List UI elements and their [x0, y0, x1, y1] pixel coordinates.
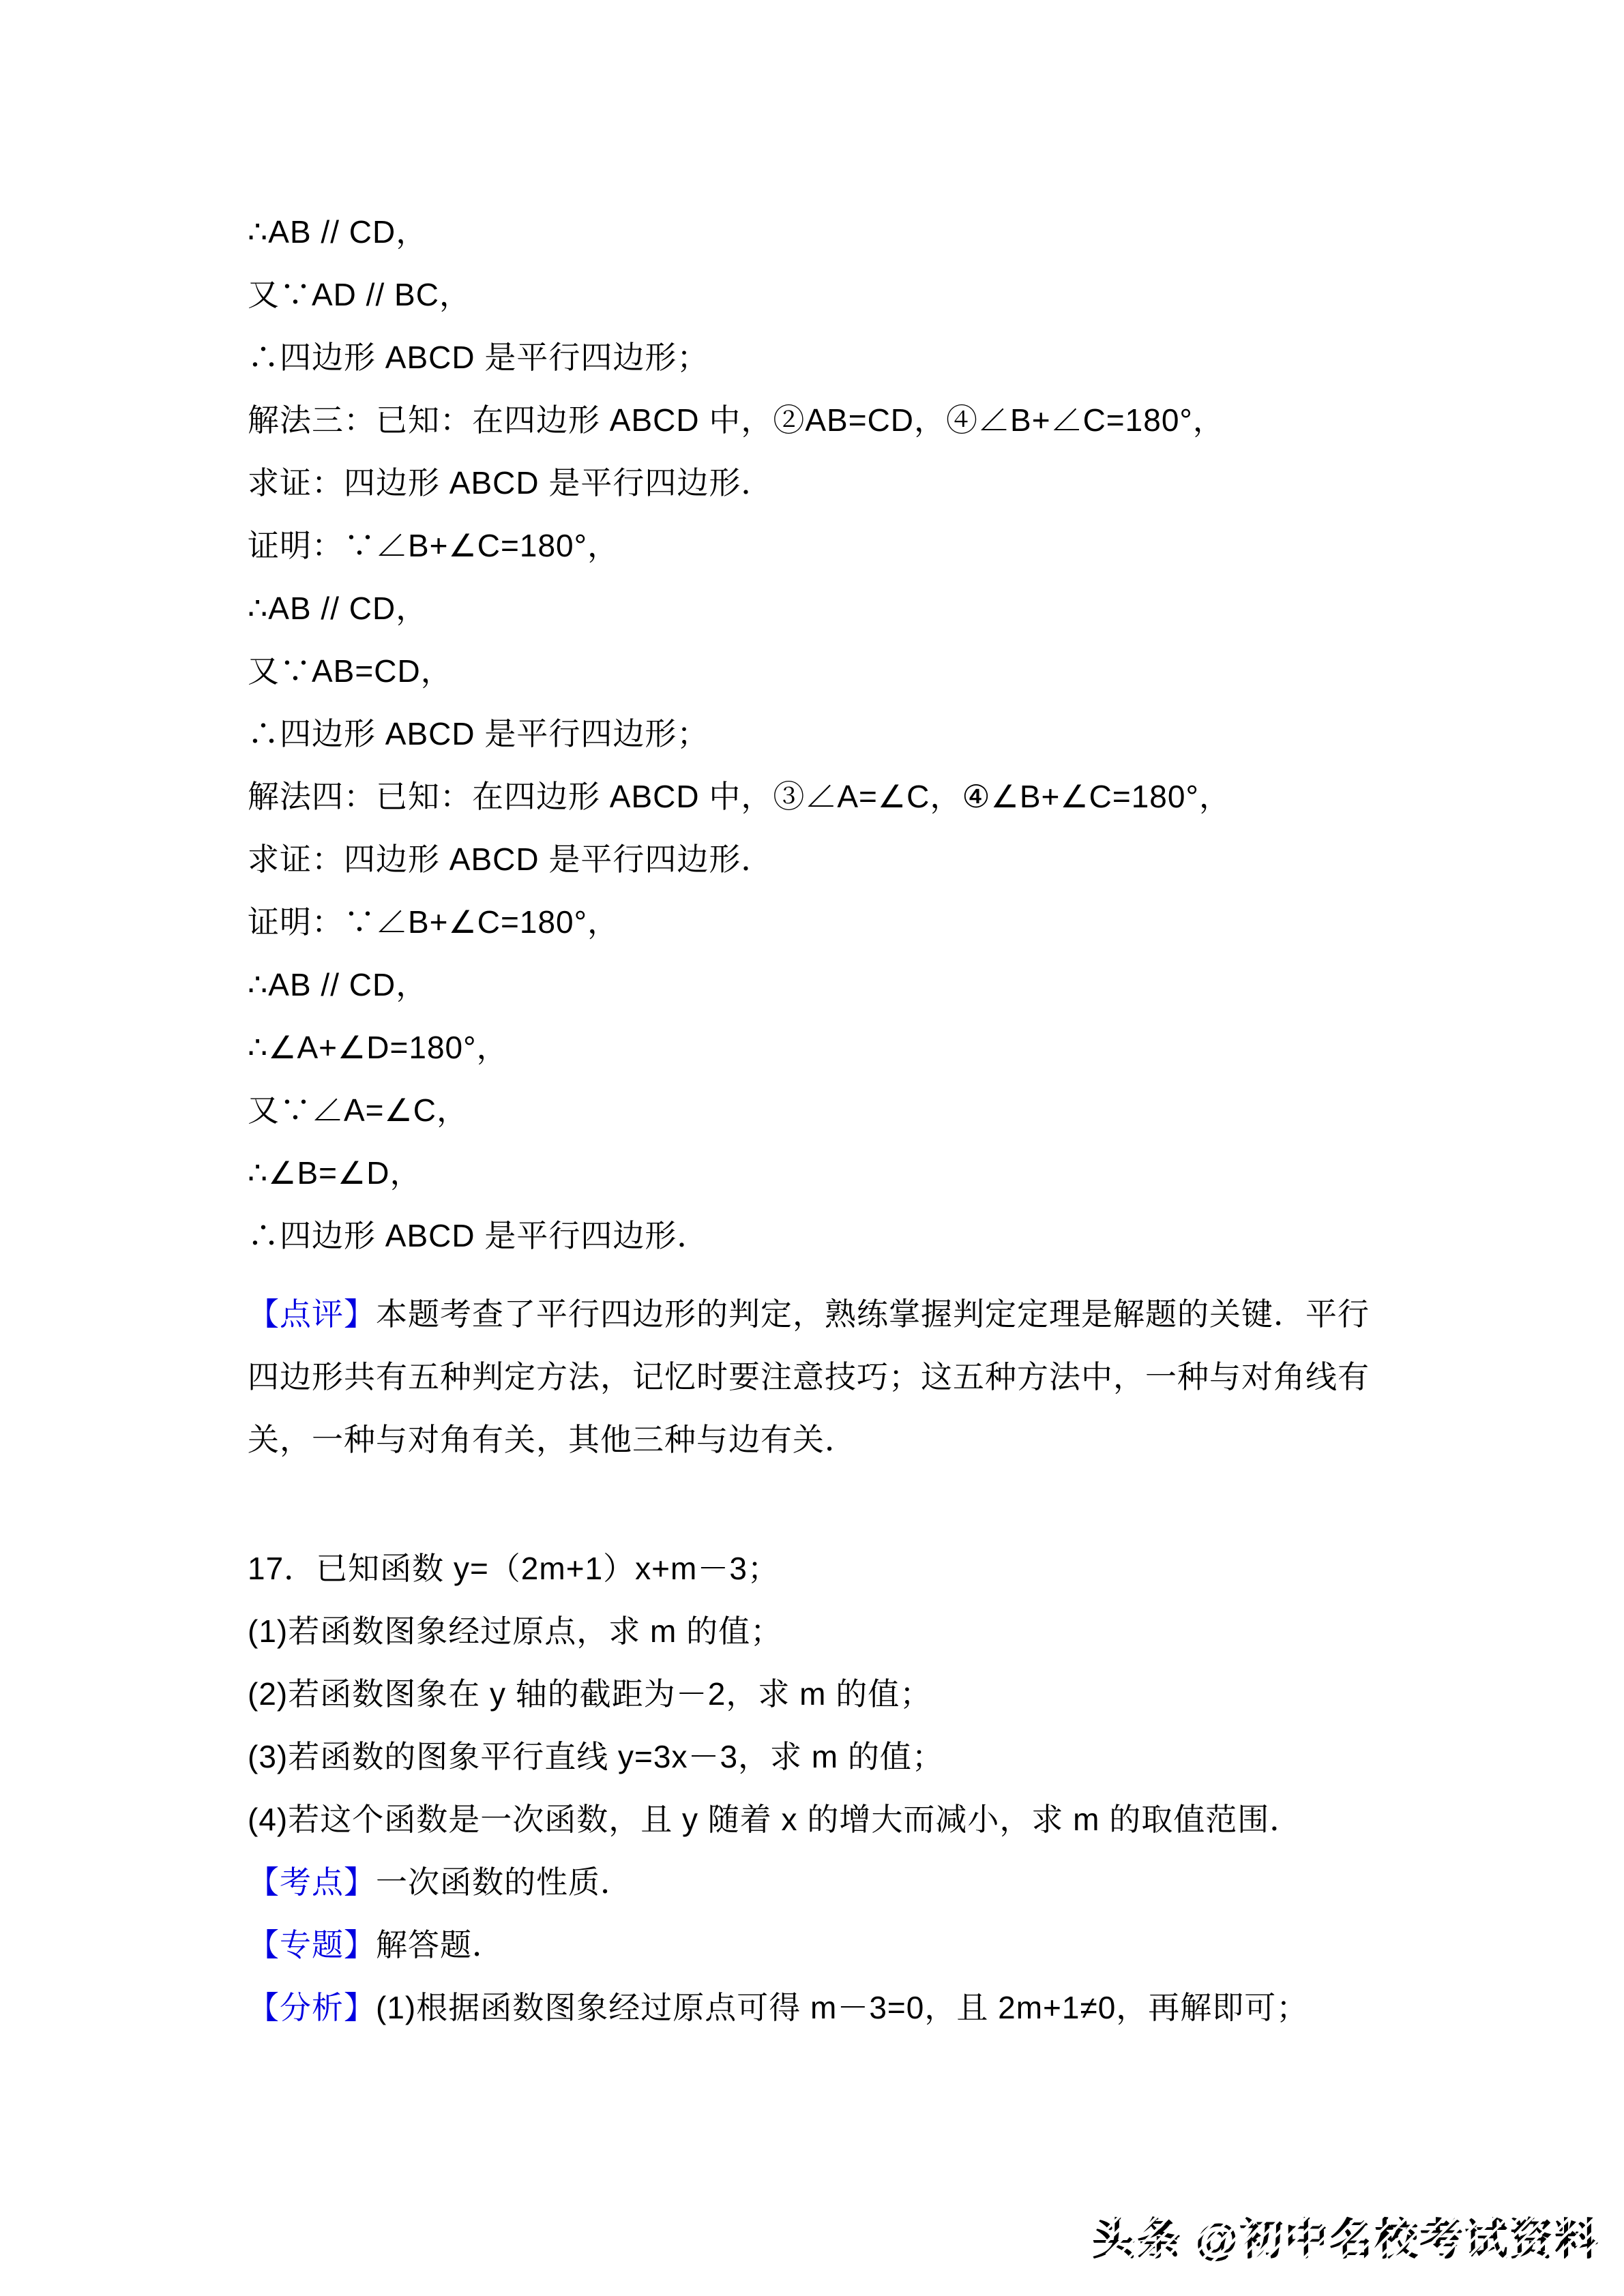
line-text: 求证：四边形 ABCD 是平行四边形． — [248, 841, 773, 877]
line-text: ∴∠A+∠D=180°， — [248, 1030, 509, 1065]
kaodian-label: 【考点】 — [248, 1864, 376, 1900]
line-text: ∴AB // CD， — [248, 591, 428, 626]
line-text: 17．已知函数 y=（2m+1）x+m－3； — [248, 1551, 780, 1586]
doc-line-kaodian: 【考点】一次函数的性质． — [248, 1851, 1448, 1913]
doc-line: 解法四：已知：在四边形 ABCD 中，③∠A=∠C，④∠B+∠C=180°， — [248, 765, 1448, 828]
doc-line: 又∵∠A=∠C， — [248, 1079, 1448, 1142]
doc-line-zhuanti: 【专题】解答题． — [248, 1913, 1448, 1976]
line-text: 解法三：已知：在四边形 ABCD 中，②AB=CD，④∠B+∠C=180°， — [248, 402, 1225, 438]
line-text: 证明：∵∠B+∠C=180°， — [248, 904, 619, 940]
line-text: (3)若函数的图象平行直线 y=3x－3，求 m 的值； — [248, 1739, 944, 1774]
review-label: 【点评】 — [248, 1296, 376, 1332]
line-text: 又∵AB=CD， — [248, 653, 453, 689]
line-text: ∴四边形 ABCD 是平行四边形； — [248, 716, 709, 751]
line-text: 又∵AD // BC， — [248, 277, 471, 312]
toutiao-watermark: 头条 @初中名校考试资料 — [1092, 2205, 1599, 2267]
line-text: 解法四：已知：在四边形 ABCD 中，③∠A=∠C，④∠B+∠C=180°， — [248, 779, 1231, 814]
line-text: ∴四边形 ABCD 是平行四边形． — [248, 1218, 709, 1253]
doc-line: 解法三：已知：在四边形 ABCD 中，②AB=CD，④∠B+∠C=180°， — [248, 389, 1448, 451]
doc-line: 又∵AB=CD， — [248, 640, 1448, 702]
line-text: 又∵∠A=∠C， — [248, 1092, 469, 1128]
document-body: ∴AB // CD， 又∵AD // BC， ∴四边形 ABCD 是平行四边形；… — [248, 200, 1448, 2039]
line-text: 一次函数的性质． — [376, 1864, 632, 1900]
line-text: 关，一种与对角有关，其他三种与边有关． — [248, 1422, 857, 1457]
question-17-part-1: (1)若函数图象经过原点，求 m 的值； — [248, 1600, 1448, 1663]
line-text: 解答题． — [376, 1927, 504, 1963]
question-17-part-2: (2)若函数图象在 y 轴的截距为－2，求 m 的值； — [248, 1663, 1448, 1725]
doc-line: 求证：四边形 ABCD 是平行四边形． — [248, 828, 1448, 891]
doc-line: ∴AB // CD， — [248, 200, 1448, 263]
doc-line: ∴AB // CD， — [248, 577, 1448, 640]
doc-line: ∴AB // CD， — [248, 953, 1448, 1016]
question-17-part-3: (3)若函数的图象平行直线 y=3x－3，求 m 的值； — [248, 1725, 1448, 1788]
doc-line: 证明：∵∠B+∠C=180°， — [248, 891, 1448, 953]
line-text: ∴AB // CD， — [248, 214, 428, 250]
doc-line: ∴四边形 ABCD 是平行四边形； — [248, 702, 1448, 765]
line-text: (1)根据函数图象经过原点可得 m－3=0，且 2m+1≠0，再解即可； — [376, 1990, 1308, 2025]
doc-line: 证明：∵∠B+∠C=180°， — [248, 514, 1448, 577]
line-text: ∴∠B=∠D， — [248, 1155, 422, 1191]
doc-line: 四边形共有五种判定方法，记忆时要注意技巧；这五种方法中，一种与对角线有 — [248, 1345, 1448, 1408]
page: ∴AB // CD， 又∵AD // BC， ∴四边形 ABCD 是平行四边形；… — [0, 0, 1624, 2296]
doc-line-review: 【点评】本题考查了平行四边形的判定，熟练掌握判定定理是解题的关键．平行 — [248, 1283, 1448, 1345]
line-text: ∴四边形 ABCD 是平行四边形； — [248, 340, 709, 375]
question-17-title: 17．已知函数 y=（2m+1）x+m－3； — [248, 1537, 1448, 1600]
doc-line: 又∵AD // BC， — [248, 263, 1448, 326]
fenxi-label: 【分析】 — [248, 1990, 376, 2025]
line-text: (2)若函数图象在 y 轴的截距为－2，求 m 的值； — [248, 1676, 932, 1712]
doc-line: ∴∠B=∠D， — [248, 1142, 1448, 1204]
line-text: (1)若函数图象经过原点，求 m 的值； — [248, 1613, 782, 1649]
line-text: ∴AB // CD， — [248, 967, 428, 1002]
doc-line-fenxi: 【分析】(1)根据函数图象经过原点可得 m－3=0，且 2m+1≠0，再解即可； — [248, 1976, 1448, 2039]
line-text: 四边形共有五种判定方法，记忆时要注意技巧；这五种方法中，一种与对角线有 — [248, 1359, 1370, 1395]
doc-line: ∴∠A+∠D=180°， — [248, 1016, 1448, 1079]
doc-line: ∴四边形 ABCD 是平行四边形． — [248, 1204, 1448, 1267]
line-text: (4)若这个函数是一次函数，且 y 随着 x 的增大而减小，求 m 的取值范围． — [248, 1802, 1301, 1837]
line-text: 求证：四边形 ABCD 是平行四边形． — [248, 465, 773, 501]
question-17-part-4: (4)若这个函数是一次函数，且 y 随着 x 的增大而减小，求 m 的取值范围． — [248, 1788, 1448, 1851]
doc-line: 求证：四边形 ABCD 是平行四边形． — [248, 451, 1448, 514]
zhuanti-label: 【专题】 — [248, 1927, 376, 1963]
doc-line: 关，一种与对角有关，其他三种与边有关． — [248, 1408, 1448, 1471]
line-text: 证明：∵∠B+∠C=180°， — [248, 528, 619, 563]
line-text: 本题考查了平行四边形的判定，熟练掌握判定定理是解题的关键．平行 — [376, 1296, 1370, 1332]
doc-line: ∴四边形 ABCD 是平行四边形； — [248, 326, 1448, 389]
